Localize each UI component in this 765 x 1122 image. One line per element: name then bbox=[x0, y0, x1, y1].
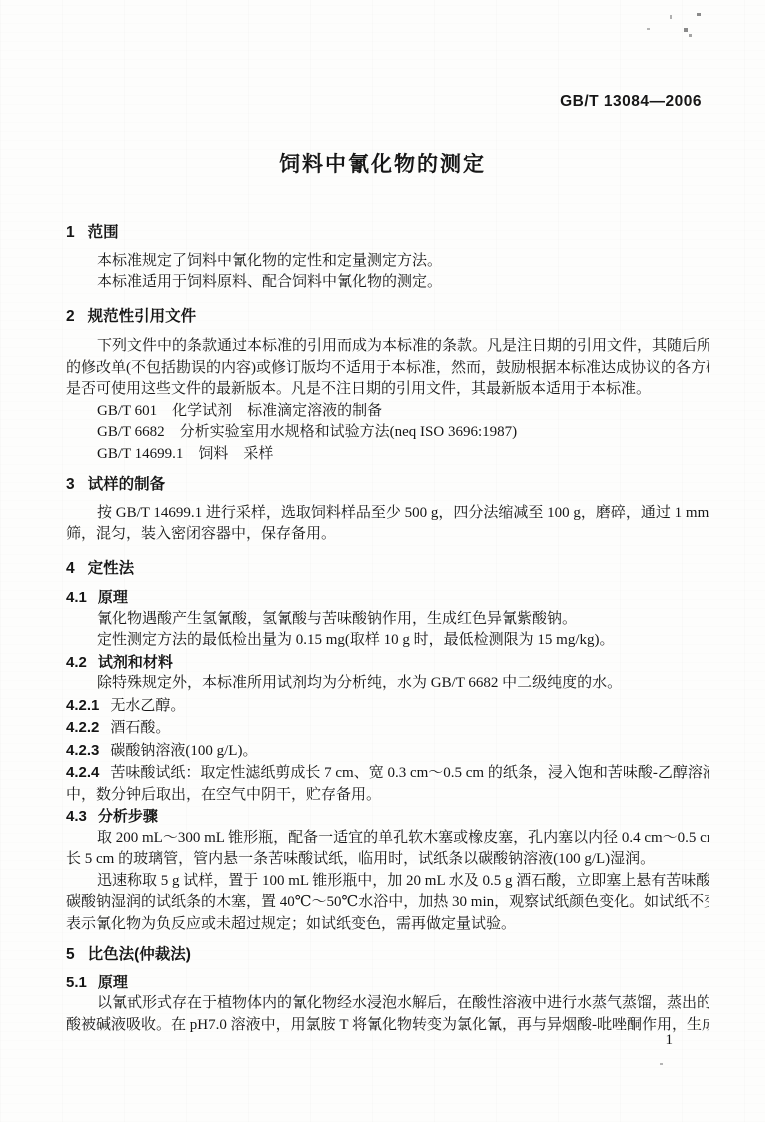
section-title: 范围 bbox=[88, 224, 119, 241]
subsection-4-3-heading: 4.3分析步骤 bbox=[66, 806, 709, 828]
paragraph-line: 是否可使用这些文件的最新版本。凡是不注日期的引用文件，其最新版本适用于本标准。 bbox=[66, 379, 709, 401]
section-prep-heading: 3试样的制备 bbox=[66, 474, 709, 496]
clause-number: 4.2.2 bbox=[66, 717, 99, 739]
section-scope-heading: 1范围 bbox=[66, 222, 709, 244]
clause-number: 4.2.1 bbox=[66, 695, 99, 717]
document-body: 1范围 本标准规定了饲料中氰化物的定性和定量测定方法。 本标准适用于饲料原料、配… bbox=[66, 222, 709, 1036]
section-number: 1 bbox=[66, 222, 75, 244]
subsection-number: 4.1 bbox=[66, 587, 87, 609]
clause-item: 4.2.1无水乙醇。 bbox=[66, 695, 709, 718]
subsection-4-1-heading: 4.1原理 bbox=[66, 587, 709, 609]
scan-speck bbox=[660, 1063, 663, 1065]
paragraph-line: 迅速称取 5 g 试样，置于 100 mL 锥形瓶中，加 20 mL 水及 0.… bbox=[66, 871, 709, 893]
clause-item-continuation: 中，数分钟后取出，在空气中阴干，贮存备用。 bbox=[66, 785, 709, 807]
section-number: 5 bbox=[66, 944, 75, 966]
scan-speck bbox=[684, 28, 688, 32]
section-number: 3 bbox=[66, 474, 75, 496]
reference-item: GB/T 14699.1 饲料 采样 bbox=[66, 444, 709, 466]
paragraph-line: 定性测定方法的最低检出量为 0.15 mg(取样 10 g 时，最低检测限为 1… bbox=[66, 630, 709, 652]
document-title: 饲料中氰化物的测定 bbox=[0, 148, 765, 178]
section-qualitative-heading: 4定性法 bbox=[66, 558, 709, 580]
clause-text: 碳酸钠溶液(100 g/L)。 bbox=[110, 743, 257, 759]
section-title: 定性法 bbox=[88, 560, 135, 577]
subsection-5-1-heading: 5.1原理 bbox=[66, 972, 709, 994]
subsection-title: 原理 bbox=[98, 974, 128, 991]
paragraph-line: 以氰甙形式存在于植物体内的氰化物经水浸泡水解后，在酸性溶液中进行水蒸气蒸馏，蒸出… bbox=[66, 993, 709, 1015]
scanned-document-page: GB/T 13084—2006 饲料中氰化物的测定 1范围 本标准规定了饲料中氰… bbox=[0, 0, 765, 1122]
paragraph-line: 的修改单(不包括勘误的内容)或修订版均不适用于本标准，然而，鼓励根据本标准达成协… bbox=[66, 358, 709, 380]
clause-item: 4.2.4苦味酸试纸：取定性滤纸剪成长 7 cm、宽 0.3 cm～0.5 cm… bbox=[66, 762, 709, 785]
section-title: 比色法(仲裁法) bbox=[88, 946, 191, 963]
paragraph-line: 本标准适用于饲料原料、配合饲料中氰化物的测定。 bbox=[66, 272, 709, 294]
subsection-4-2-heading: 4.2试剂和材料 bbox=[66, 652, 709, 674]
scan-speck bbox=[670, 15, 672, 19]
subsection-title: 试剂和材料 bbox=[98, 654, 173, 671]
section-refs-heading: 2规范性引用文件 bbox=[66, 306, 709, 328]
clause-text: 酒石酸。 bbox=[110, 720, 170, 736]
clause-text: 无水乙醇。 bbox=[110, 698, 185, 714]
standard-code: GB/T 13084—2006 bbox=[560, 93, 702, 111]
paragraph-line: 长 5 cm 的玻璃管，管内悬一条苦味酸试纸，临用时，试纸条以碳酸钠溶液(100… bbox=[66, 849, 709, 871]
subsection-number: 5.1 bbox=[66, 972, 87, 994]
section-number: 2 bbox=[66, 306, 75, 328]
clause-item: 4.2.2酒石酸。 bbox=[66, 717, 709, 740]
reference-item: GB/T 6682 分析实验室用水规格和试验方法(neq ISO 3696:19… bbox=[66, 422, 709, 444]
clause-number: 4.2.4 bbox=[66, 762, 99, 784]
clause-text: 苦味酸试纸：取定性滤纸剪成长 7 cm、宽 0.3 cm～0.5 cm 的纸条，… bbox=[110, 765, 709, 781]
paragraph-line: 酸被碱液吸收。在 pH7.0 溶液中，用氯胺 T 将氰化物转变为氯化氰，再与异烟… bbox=[66, 1015, 709, 1037]
paragraph-line: 下列文件中的条款通过本标准的引用而成为本标准的条款。凡是注日期的引用文件，其随后… bbox=[66, 336, 709, 358]
reference-item: GB/T 601 化学试剂 标准滴定溶液的制备 bbox=[66, 401, 709, 423]
scan-speck bbox=[697, 13, 701, 16]
page-number: 1 bbox=[666, 1032, 674, 1049]
paragraph-line: 本标准规定了饲料中氰化物的定性和定量测定方法。 bbox=[66, 251, 709, 273]
clause-item: 4.2.3碳酸钠溶液(100 g/L)。 bbox=[66, 740, 709, 763]
scan-speck bbox=[647, 28, 650, 30]
subsection-title: 分析步骤 bbox=[98, 808, 158, 825]
paragraph-line: 表示氰化物为负反应或未超过规定；如试纸变色，需再做定量试验。 bbox=[66, 914, 709, 936]
paragraph-line: 按 GB/T 14699.1 进行采样，选取饲料样品至少 500 g，四分法缩减… bbox=[66, 503, 709, 525]
section-title: 规范性引用文件 bbox=[88, 308, 197, 325]
section-colorimetric-heading: 5比色法(仲裁法) bbox=[66, 944, 709, 966]
subsection-title: 原理 bbox=[98, 589, 128, 606]
paragraph-line: 氰化物遇酸产生氢氰酸，氢氰酸与苦味酸钠作用，生成红色异氰紫酸钠。 bbox=[66, 609, 709, 631]
section-title: 试样的制备 bbox=[88, 476, 166, 493]
subsection-number: 4.3 bbox=[66, 806, 87, 828]
clause-number: 4.2.3 bbox=[66, 740, 99, 762]
paragraph-line: 碳酸钠湿润的试纸条的木塞，置 40℃～50℃水浴中，加热 30 min，观察试纸… bbox=[66, 892, 709, 914]
scan-speck bbox=[689, 34, 692, 37]
paragraph-line: 筛，混匀，装入密闭容器中，保存备用。 bbox=[66, 524, 709, 546]
paragraph-line: 取 200 mL～300 mL 锥形瓶，配备一适宜的单孔软木塞或橡皮塞，孔内塞以… bbox=[66, 828, 709, 850]
paragraph-line: 除特殊规定外，本标准所用试剂均为分析纯，水为 GB/T 6682 中二级纯度的水… bbox=[66, 673, 709, 695]
section-number: 4 bbox=[66, 558, 75, 580]
subsection-number: 4.2 bbox=[66, 652, 87, 674]
